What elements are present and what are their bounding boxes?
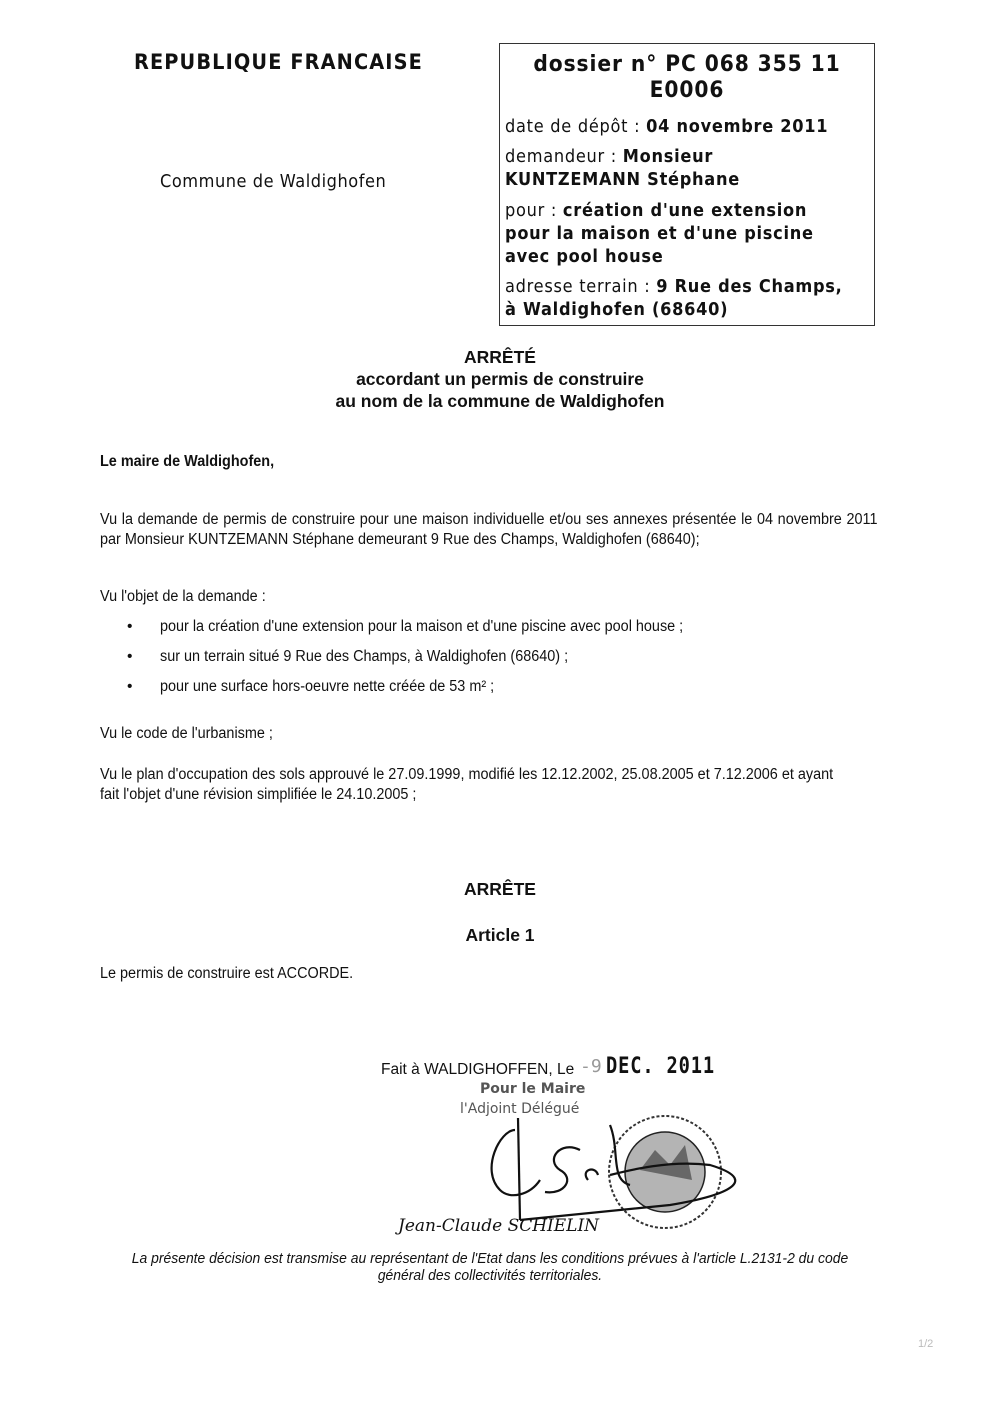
place-date-label: Fait à WALDIGHOFFEN, Le [381,1061,574,1079]
list-item: sur un terrain situé 9 Rue des Champs, à… [160,648,568,666]
purpose-line2: pour la maison et d'une piscine [505,223,814,244]
applicant-title: Monsieur [623,146,713,167]
purpose: pour : création d'une extension [505,199,807,222]
page-number: 1/2 [918,1338,933,1350]
list-item: pour une surface hors-oeuvre nette créée… [160,678,494,696]
address-line1: 9 Rue des Champs, [656,276,842,297]
legal-footer-note: La présente décision est transmise au re… [116,1251,865,1285]
applicant: demandeur : Monsieur [505,145,713,168]
applicant-label: demandeur : [505,146,623,167]
bullet-icon: • [127,678,132,696]
date-stamp: DEC. 2011 [606,1054,715,1079]
for-mayor-stamp: Pour le Maire [480,1081,585,1097]
deposit-date: date de dépôt : 04 novembre 2011 [505,115,828,138]
address-label: adresse terrain : [505,276,656,297]
republic-heading: REPUBLIQUE FRANCAISE [134,50,423,74]
land-use-plan: Vu le plan d'occupation des sols approuv… [100,765,844,805]
commune-name: Commune de Waldighofen [160,171,386,192]
deposit-date-label: date de dépôt : [505,116,646,137]
dossier-number-line2: E0006 [514,78,860,104]
article-heading: Article 1 [0,924,1000,946]
decree-subtitle2: au nom de la commune de Waldighofen [0,390,1000,412]
mayor-line: Le maire de Waldighofen, [100,452,824,472]
arrete-heading: ARRÊTE [0,878,1000,900]
applicant-name-line: KUNTZEMANN Stéphane [505,168,740,191]
list-item: pour la création d'une extension pour la… [160,618,683,636]
decision-text: Le permis de construire est ACCORDE. [100,964,824,984]
dossier-number-line1: dossier n° PC 068 355 11 [514,52,860,78]
stamp-day-faint: -9 [580,1056,602,1077]
decree-title: ARRÊTÉ [0,346,1000,368]
signer-name: Jean-Claude SCHIELIN [398,1216,599,1236]
urban-code: Vu le code de l'urbanisme ; [100,724,824,744]
land-address: adresse terrain : 9 Rue des Champs, [505,275,843,298]
bullet-icon: • [127,648,132,666]
bullet-icon: • [127,618,132,636]
deposit-date-value: 04 novembre 2011 [646,116,828,137]
land-address-line2-row: à Waldighofen (68640) [505,298,728,321]
purpose-line3-row: avec pool house [505,245,663,268]
decree-subtitle1: accordant un permis de construire [0,368,1000,390]
considering-request: Vu la demande de permis de construire po… [100,510,877,550]
applicant-name: KUNTZEMANN Stéphane [505,169,740,190]
object-intro: Vu l'objet de la demande : [100,587,824,607]
purpose-line2-row: pour la maison et d'une piscine [505,222,814,245]
dossier-number: dossier n° PC 068 355 11 E0006 [514,52,860,104]
purpose-label: pour : [505,200,563,221]
purpose-line1: création d'une extension [563,200,807,221]
purpose-line3: avec pool house [505,246,663,267]
address-line2: à Waldighofen (68640) [505,299,728,320]
